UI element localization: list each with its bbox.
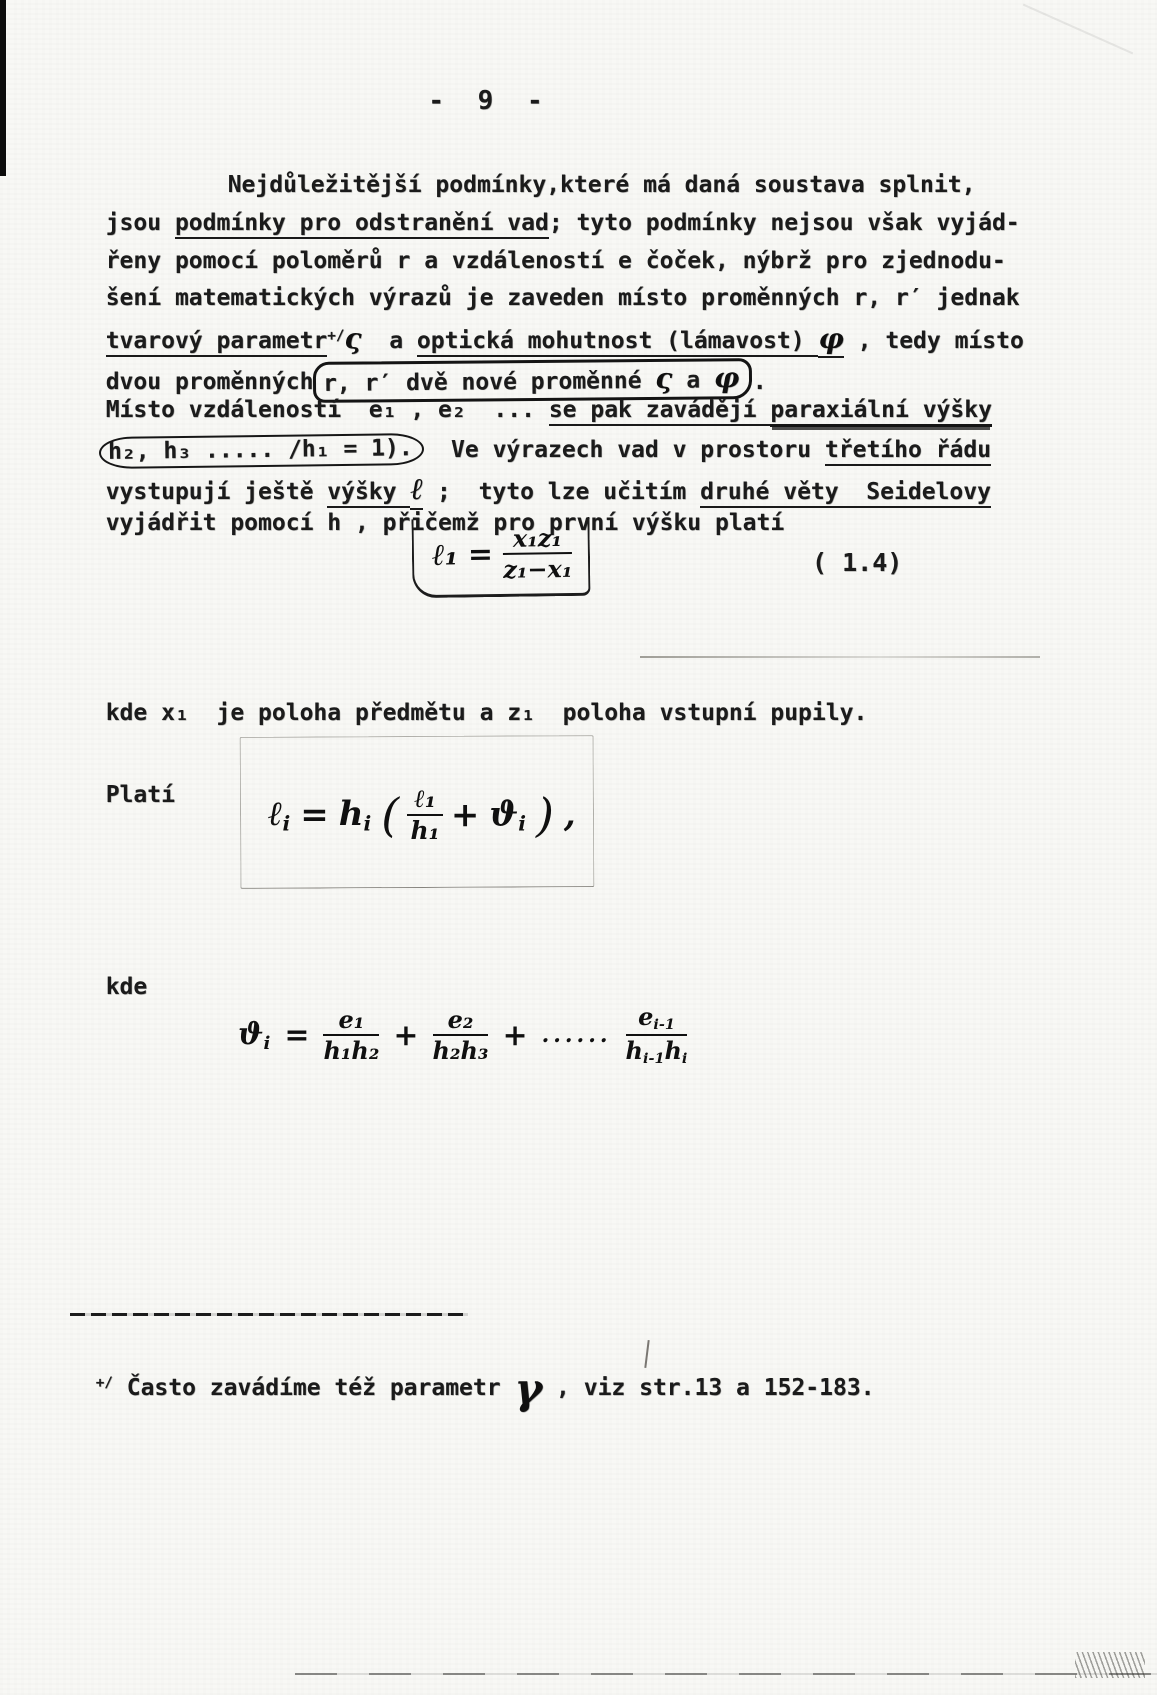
fraction: ℓ₁ h₁ xyxy=(407,786,443,845)
gamma-symbol: γ xyxy=(514,1364,542,1413)
footnote-marker: +/ xyxy=(96,1375,113,1391)
h-symbol: h xyxy=(339,794,364,834)
comma: , xyxy=(564,795,576,835)
equation-lhs: ℓ₁ xyxy=(432,537,458,572)
subscript: i xyxy=(283,812,291,836)
equals-sign: = xyxy=(300,795,329,835)
equation-theta: ϑi = e₁ h₁h₂ + e₂ h₂h₃ + ...... ei-1 hi-… xyxy=(238,1004,687,1066)
denominator: hi-1hi xyxy=(626,1036,688,1066)
scan-edge-strip xyxy=(0,0,6,176)
subscript: i-1 xyxy=(643,1050,664,1067)
text-run: , tedy místo xyxy=(844,328,1024,354)
equals-sign: = xyxy=(468,537,494,572)
h-symbol: h xyxy=(626,1036,643,1065)
phi-symbol: φ xyxy=(818,322,843,358)
denominator: h₁ xyxy=(407,816,443,844)
numerator: e₂ xyxy=(433,1007,489,1036)
hand-drawn-bracket: ℓ₁ = x₁z₁ z₁−x₁ xyxy=(411,517,590,599)
plus-sign: + xyxy=(502,1018,527,1053)
footnote-separator xyxy=(70,1313,468,1316)
denominator: h₁h₂ xyxy=(323,1036,379,1063)
h-term: hi xyxy=(339,794,371,836)
text-run: Často zavádíme též parametr xyxy=(113,1375,515,1401)
subscript: i xyxy=(263,1033,270,1054)
scan-bottom-line xyxy=(295,1673,1157,1675)
fraction: e₂ h₂h₃ xyxy=(433,1007,489,1063)
equation-label: ( 1.4) xyxy=(812,548,902,577)
text-run: kde xyxy=(106,974,148,1000)
plati-line: Platí xyxy=(78,756,175,808)
plus-sign: + xyxy=(393,1018,418,1053)
h-symbol: h xyxy=(664,1036,681,1065)
scan-bottom-scribble xyxy=(1075,1652,1145,1678)
plus-sign: + xyxy=(451,795,480,835)
numerator: ℓ₁ xyxy=(407,786,443,816)
subscript: i xyxy=(364,812,372,836)
equals-sign: = xyxy=(284,1018,309,1053)
kde-line: kde x₁ je poloha předmětu a z₁ poloha vs… xyxy=(78,674,867,726)
numerator: ei-1 xyxy=(626,1004,688,1036)
theta-symbol: ϑ xyxy=(238,1017,263,1052)
scan-smudge-top-right xyxy=(1023,4,1133,55)
equation-lhs: ϑi xyxy=(238,1017,270,1054)
denominator: h₂h₃ xyxy=(433,1036,489,1063)
numerator: x₁z₁ xyxy=(503,525,572,555)
subscript: i xyxy=(518,812,526,836)
fraction: x₁z₁ z₁−x₁ xyxy=(503,525,573,582)
text-run: Platí xyxy=(106,782,175,808)
e-symbol: e xyxy=(638,1002,653,1031)
subscript: i xyxy=(682,1050,687,1067)
footnote: +/ Často zavádíme též parametr γ , viz s… xyxy=(68,1338,875,1413)
numerator: e₁ xyxy=(323,1007,379,1036)
ellipsis-dots: ...... xyxy=(542,1022,612,1048)
denominator: z₁−x₁ xyxy=(503,554,572,582)
equation-1-4: ℓ₁ = x₁z₁ z₁−x₁ xyxy=(412,518,590,597)
text-run: , viz str.13 a 152-183. xyxy=(542,1375,874,1401)
subscript: i-1 xyxy=(653,1016,674,1033)
equation-li: ℓi = hi ( ℓ₁ h₁ + ϑi ) , xyxy=(268,786,576,845)
ell-symbol: ℓ xyxy=(268,794,283,834)
fraction: ei-1 hi-1hi xyxy=(626,1004,688,1066)
theta-term: ϑi xyxy=(489,794,526,836)
pencil-line-right-of-equation xyxy=(640,656,1040,658)
fraction: e₁ h₁h₂ xyxy=(323,1007,379,1063)
page-number: - 9 - xyxy=(420,86,560,116)
theta-symbol: ϑ xyxy=(489,794,518,834)
text-run: kde x₁ je poloha předmětu a z₁ poloha vs… xyxy=(106,700,868,726)
close-paren: ) xyxy=(536,788,554,842)
open-paren: ( xyxy=(381,788,399,842)
equation-lhs: ℓi xyxy=(268,794,290,836)
kde2-line: kde xyxy=(78,948,147,1000)
